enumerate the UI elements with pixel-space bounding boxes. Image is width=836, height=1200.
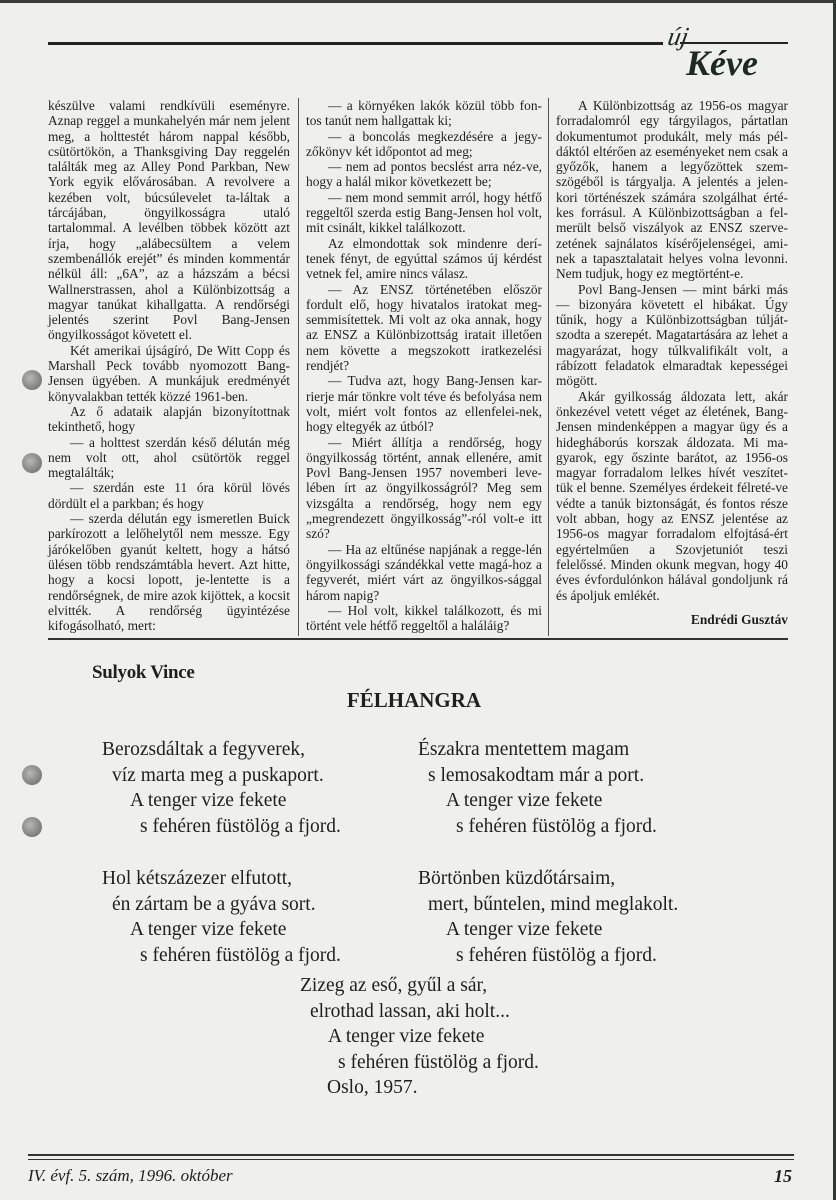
poem-line: s fehéren füstölög a fjord.: [300, 1050, 539, 1076]
article-author: Endrédi Gusztáv: [556, 612, 788, 628]
paragraph: A Különbizottság az 1956-os magyar forra…: [556, 98, 788, 282]
poem-title-text: FÉLHANGRA: [347, 688, 481, 712]
poem-title: FÉLHANGRA: [0, 688, 836, 713]
list-item: — a boncolás megkezdésére a jegy-zőkönyv…: [306, 129, 542, 160]
scan-top-edge: [0, 0, 836, 3]
article-column-3: A Különbizottság az 1956-os magyar forra…: [556, 98, 788, 603]
punch-hole-icon: [22, 765, 42, 785]
poem-line: mert, bűntelen, mind meglakolt.: [418, 892, 678, 918]
list-item: — nem ad pontos becslést arra néz-ve, ho…: [306, 159, 542, 190]
poem-stanza: Északra mentettem magam s lemosakodtam m…: [418, 737, 657, 839]
poem-line: Berozsdáltak a fegyverek,: [102, 737, 341, 763]
poem-line: s fehéren füstölög a fjord.: [102, 814, 341, 840]
poem-stanza: Börtönben küzdőtársaim, mert, bűntelen, …: [418, 866, 678, 968]
poem-line: A tenger vize fekete: [102, 917, 341, 943]
paragraph: készülve valami rendkívüli eseményre. Az…: [48, 98, 290, 343]
poem-line: s fehéren füstölög a fjord.: [418, 943, 678, 969]
article-column-2: — a környéken lakók közül több fon-tos t…: [306, 98, 542, 633]
header-rule: [48, 42, 663, 45]
poem-line: s fehéren füstölög a fjord.: [102, 943, 341, 969]
question: — Az ENSZ történetében először fordult e…: [306, 282, 542, 374]
issue-info: IV. évf. 5. szám, 1996. október: [28, 1166, 233, 1186]
poem-line: víz marta meg a puskaport.: [102, 763, 341, 789]
paragraph: Povl Bang-Jensen — mint bárki más — bizo…: [556, 282, 788, 389]
poem-line: s lemosakodtam már a port.: [418, 763, 657, 789]
list-item: — nem mond semmit arról, hogy hétfő regg…: [306, 190, 542, 236]
article-column-1: készülve valami rendkívüli eseményre. Az…: [48, 98, 290, 633]
list-item: — szerda délután egy ismeretlen Buick pa…: [48, 511, 290, 633]
poem-line: Zizeg az eső, gyűl a sár,: [300, 973, 539, 999]
poem-line: Északra mentettem magam: [418, 737, 657, 763]
paragraph: Az elmondottak sok mindenre derí-tenek f…: [306, 236, 542, 282]
poem-line: A tenger vize fekete: [418, 917, 678, 943]
poem-stanza: Hol kétszázezer elfutott, én zártam be a…: [102, 866, 341, 968]
poem-line: s fehéren füstölög a fjord.: [418, 814, 657, 840]
poem-line: Hol kétszázezer elfutott,: [102, 866, 341, 892]
punch-hole-icon: [22, 453, 42, 473]
column-divider: [548, 98, 549, 636]
poem-line: A tenger vize fekete: [300, 1024, 539, 1050]
question: — Ha az eltűnése napjának a regge-lén ön…: [306, 542, 542, 603]
punch-hole-icon: [22, 817, 42, 837]
footer-rule: [28, 1154, 794, 1156]
page-number: 15: [774, 1166, 792, 1187]
column-divider: [298, 98, 299, 636]
list-item: — a holttest szerdán késő délután még ne…: [48, 435, 290, 481]
list-item: — a környéken lakók közül több fon-tos t…: [306, 98, 542, 129]
poem-place-date: Oslo, 1957.: [327, 1077, 417, 1099]
poem-stanza: Berozsdáltak a fegyverek, víz marta meg …: [102, 737, 341, 839]
magazine-logo: új Kéve: [664, 18, 794, 82]
poem-line: Börtönben küzdőtársaim,: [418, 866, 678, 892]
paragraph: Akár gyilkosság áldozata lett, akár önke…: [556, 389, 788, 603]
question: — Miért állítja a rendőrség, hogy öngyil…: [306, 435, 542, 542]
section-divider: [48, 638, 788, 640]
list-item: — szerdán este 11 óra körül lövés dördül…: [48, 480, 290, 511]
question: — Hol volt, kikkel találkozott, és mi tö…: [306, 603, 542, 634]
poem-line: én zártam be a gyáva sort.: [102, 892, 341, 918]
poem-author: Sulyok Vince: [92, 662, 195, 684]
punch-hole-icon: [22, 370, 42, 390]
question: — Tudva azt, hogy Bang-Jensen kar-rierje…: [306, 373, 542, 434]
footer-rule: [28, 1159, 794, 1160]
poem-line: elrothad lassan, aki holt...: [300, 999, 539, 1025]
poem-stanza: Zizeg az eső, gyűl a sár, elrothad lassa…: [300, 973, 539, 1075]
paragraph: Az ő adataik alapján bizonyítottnak teki…: [48, 404, 290, 435]
logo-name: Kéve: [686, 42, 758, 84]
poem-line: A tenger vize fekete: [102, 788, 341, 814]
poem-line: A tenger vize fekete: [418, 788, 657, 814]
paragraph: Két amerikai újságíró, De Witt Copp és M…: [48, 343, 290, 404]
